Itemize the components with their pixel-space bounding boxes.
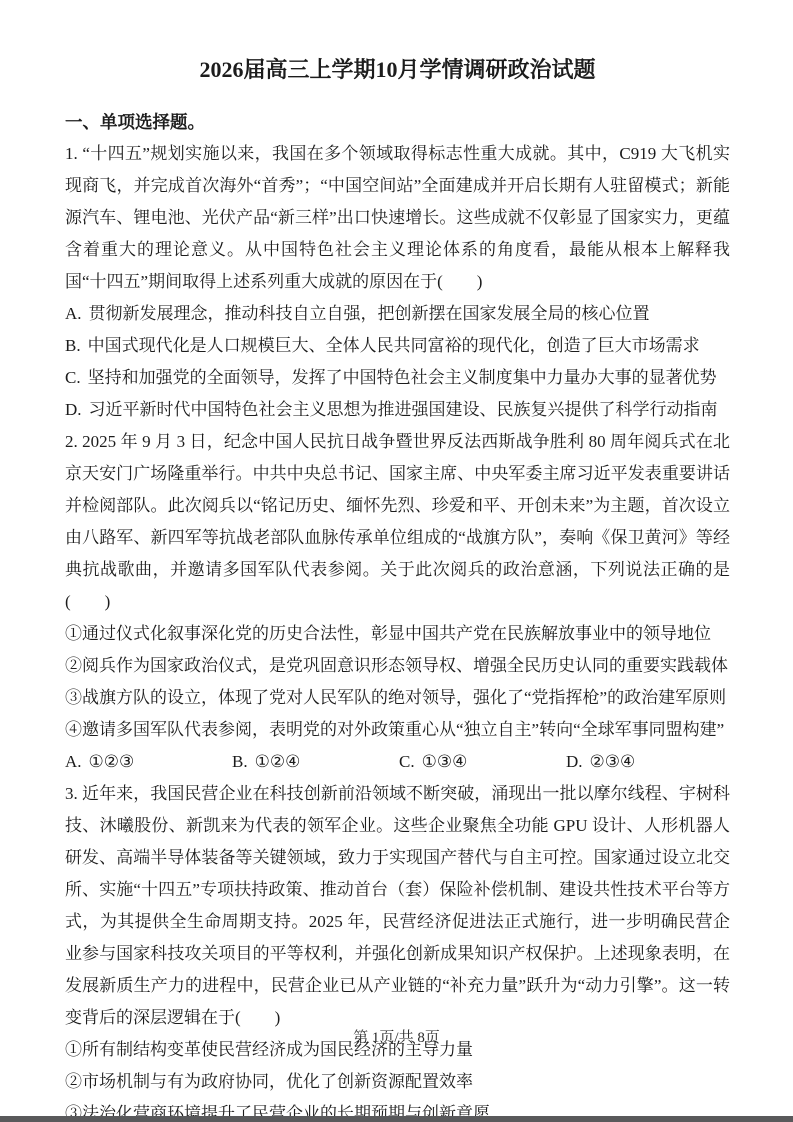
option-text: 中国式现代化是人口规模巨大、全体人民共同富裕的现代化，创造了巨大市场需求 bbox=[88, 336, 700, 355]
exam-page: { "page": { "title": "2026届高三上学期10月学情调研政… bbox=[0, 0, 793, 1122]
option-label: B. bbox=[65, 336, 81, 355]
question-3-statement-2: ②市场机制与有为政府协同，优化了创新资源配置效率 bbox=[65, 1066, 730, 1098]
option-text: 习近平新时代中国特色社会主义思想为推进强国建设、民族复兴提供了科学行动指南 bbox=[89, 400, 718, 419]
question-3-stem: 3. 近年来，我国民营企业在科技创新前沿领域不断突破，涌现出一批以摩尔线程、宇树… bbox=[65, 778, 730, 1034]
page-title: 2026届高三上学期10月学情调研政治试题 bbox=[65, 54, 730, 86]
option-label: D. bbox=[566, 752, 583, 771]
option-text: ①②④ bbox=[255, 752, 301, 771]
question-2-stem: 2. 2025 年 9 月 3 日，纪念中国人民抗日战争暨世界反法西斯战争胜利 … bbox=[65, 426, 730, 618]
question-2-answers-row: A.①②③ B.①②④ C.①③④ D.②③④ bbox=[65, 746, 730, 778]
question-2-option-d: D.②③④ bbox=[566, 746, 730, 778]
bottom-border bbox=[0, 1116, 793, 1122]
option-label: A. bbox=[65, 752, 82, 771]
question-2-statement-4: ④邀请多国军队代表参阅，表明党的对外政策重心从“独立自主”转向“全球军事同盟构建… bbox=[65, 714, 730, 746]
question-1-option-d: D.习近平新时代中国特色社会主义思想为推进强国建设、民族复兴提供了科学行动指南 bbox=[65, 394, 730, 426]
question-2-option-a: A.①②③ bbox=[65, 746, 232, 778]
question-2-option-b: B.①②④ bbox=[232, 746, 399, 778]
option-text: ①②③ bbox=[89, 752, 135, 771]
option-label: C. bbox=[399, 752, 415, 771]
option-label: C. bbox=[65, 368, 81, 387]
option-text: ①③④ bbox=[422, 752, 468, 771]
option-text: 坚持和加强党的全面领导，发挥了中国特色社会主义制度集中力量办大事的显著优势 bbox=[88, 368, 717, 387]
document-body: 2026届高三上学期10月学情调研政治试题 一、单项选择题。 1. “十四五”规… bbox=[65, 0, 730, 1122]
option-label: A. bbox=[65, 304, 82, 323]
page-footer: 第 1页/共 8页 bbox=[0, 1022, 793, 1054]
option-label: D. bbox=[65, 400, 82, 419]
question-2-statement-2: ②阅兵作为国家政治仪式，是党巩固意识形态领导权、增强全民历史认同的重要实践载体 bbox=[65, 650, 730, 682]
section-heading: 一、单项选择题。 bbox=[65, 106, 730, 138]
question-1-option-a: A.贯彻新发展理念，推动科技自立自强，把创新摆在国家发展全局的核心位置 bbox=[65, 298, 730, 330]
option-text: ②③④ bbox=[590, 752, 636, 771]
question-2-statement-3: ③战旗方队的设立，体现了党对人民军队的绝对领导，强化了“党指挥枪”的政治建军原则 bbox=[65, 682, 730, 714]
option-text: 贯彻新发展理念，推动科技自立自强，把创新摆在国家发展全局的核心位置 bbox=[89, 304, 650, 323]
question-2-option-c: C.①③④ bbox=[399, 746, 566, 778]
question-1-option-b: B.中国式现代化是人口规模巨大、全体人民共同富裕的现代化，创造了巨大市场需求 bbox=[65, 330, 730, 362]
question-1-option-c: C.坚持和加强党的全面领导，发挥了中国特色社会主义制度集中力量办大事的显著优势 bbox=[65, 362, 730, 394]
question-2-statement-1: ①通过仪式化叙事深化党的历史合法性，彰显中国共产党在民族解放事业中的领导地位 bbox=[65, 618, 730, 650]
option-label: B. bbox=[232, 752, 248, 771]
question-1-stem: 1. “十四五”规划实施以来，我国在多个领域取得标志性重大成就。其中，C919 … bbox=[65, 138, 730, 298]
